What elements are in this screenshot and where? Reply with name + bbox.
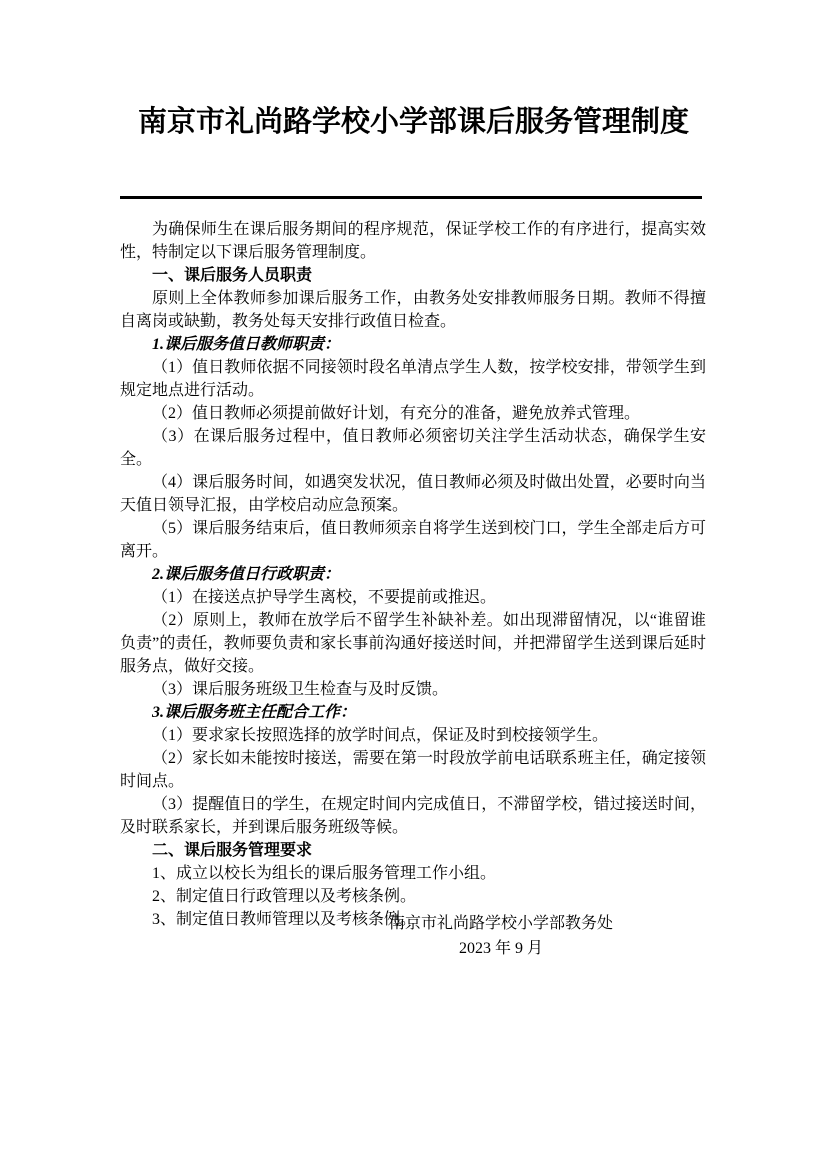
paragraph: 2、制定值日行政管理以及考核条例。 xyxy=(120,885,706,908)
paragraph: （2）值日教师必须提前做好计划，有充分的准备，避免放养式管理。 xyxy=(120,402,706,425)
signature-line: 南京市礼尚路学校小学部教务处 xyxy=(208,911,794,936)
paragraph: 为确保师生在课后服务期间的程序规范，保证学校工作的有序进行，提高实效性，特制定以… xyxy=(120,218,706,264)
sub-heading: 2.课后服务值日行政职责： xyxy=(120,563,706,586)
paragraph: （2）原则上，教师在放学后不留学生补缺补差。如出现滞留情况，以“谁留谁负责”的责… xyxy=(120,609,706,678)
paragraph: （3）在课后服务过程中，值日教师必须密切关注学生活动状态，确保学生安全。 xyxy=(120,425,706,471)
document-page: 南京市礼尚路学校小学部课后服务管理制度 为确保师生在课后服务期间的程序规范，保证… xyxy=(0,0,827,1170)
signature-block: 南京市礼尚路学校小学部教务处 2023 年 9 月 xyxy=(208,911,794,961)
date-line: 2023 年 9 月 xyxy=(208,936,794,961)
paragraph: 1、成立以校长为组长的课后服务管理工作小组。 xyxy=(120,862,706,885)
sub-heading: 3.课后服务班主任配合工作： xyxy=(120,701,706,724)
title-divider xyxy=(120,196,702,199)
sub-heading: 1.课后服务值日教师职责： xyxy=(120,333,706,356)
paragraph: （1）要求家长按照选择的放学时间点，保证及时到校接领学生。 xyxy=(120,724,706,747)
document-title: 南京市礼尚路学校小学部课后服务管理制度 xyxy=(0,99,827,140)
paragraph: （3）课后服务班级卫生检查与及时反馈。 xyxy=(120,678,706,701)
document-body: 为确保师生在课后服务期间的程序规范，保证学校工作的有序进行，提高实效性，特制定以… xyxy=(120,218,706,931)
paragraph: （4）课后服务时间，如遇突发状况，值日教师必须及时做出处置，必要时向当天值日领导… xyxy=(120,471,706,517)
paragraph: （2）家长如未能按时接送，需要在第一时段放学前电话联系班主任，确定接领时间点。 xyxy=(120,747,706,793)
paragraph: （3）提醒值日的学生，在规定时间内完成值日，不滞留学校，错过接送时间，及时联系家… xyxy=(120,793,706,839)
paragraph: （1）值日教师依据不同接领时段名单清点学生人数，按学校安排，带领学生到规定地点进… xyxy=(120,356,706,402)
paragraph: （5）课后服务结束后，值日教师须亲自将学生送到校门口，学生全部走后方可离开。 xyxy=(120,517,706,563)
paragraph: （1）在接送点护导学生离校，不要提前或推迟。 xyxy=(120,586,706,609)
section-heading: 二、课后服务管理要求 xyxy=(120,839,706,862)
paragraph: 原则上全体教师参加课后服务工作，由教务处安排教师服务日期。教师不得擅自离岗或缺勤… xyxy=(120,287,706,333)
section-heading: 一、课后服务人员职责 xyxy=(120,264,706,287)
